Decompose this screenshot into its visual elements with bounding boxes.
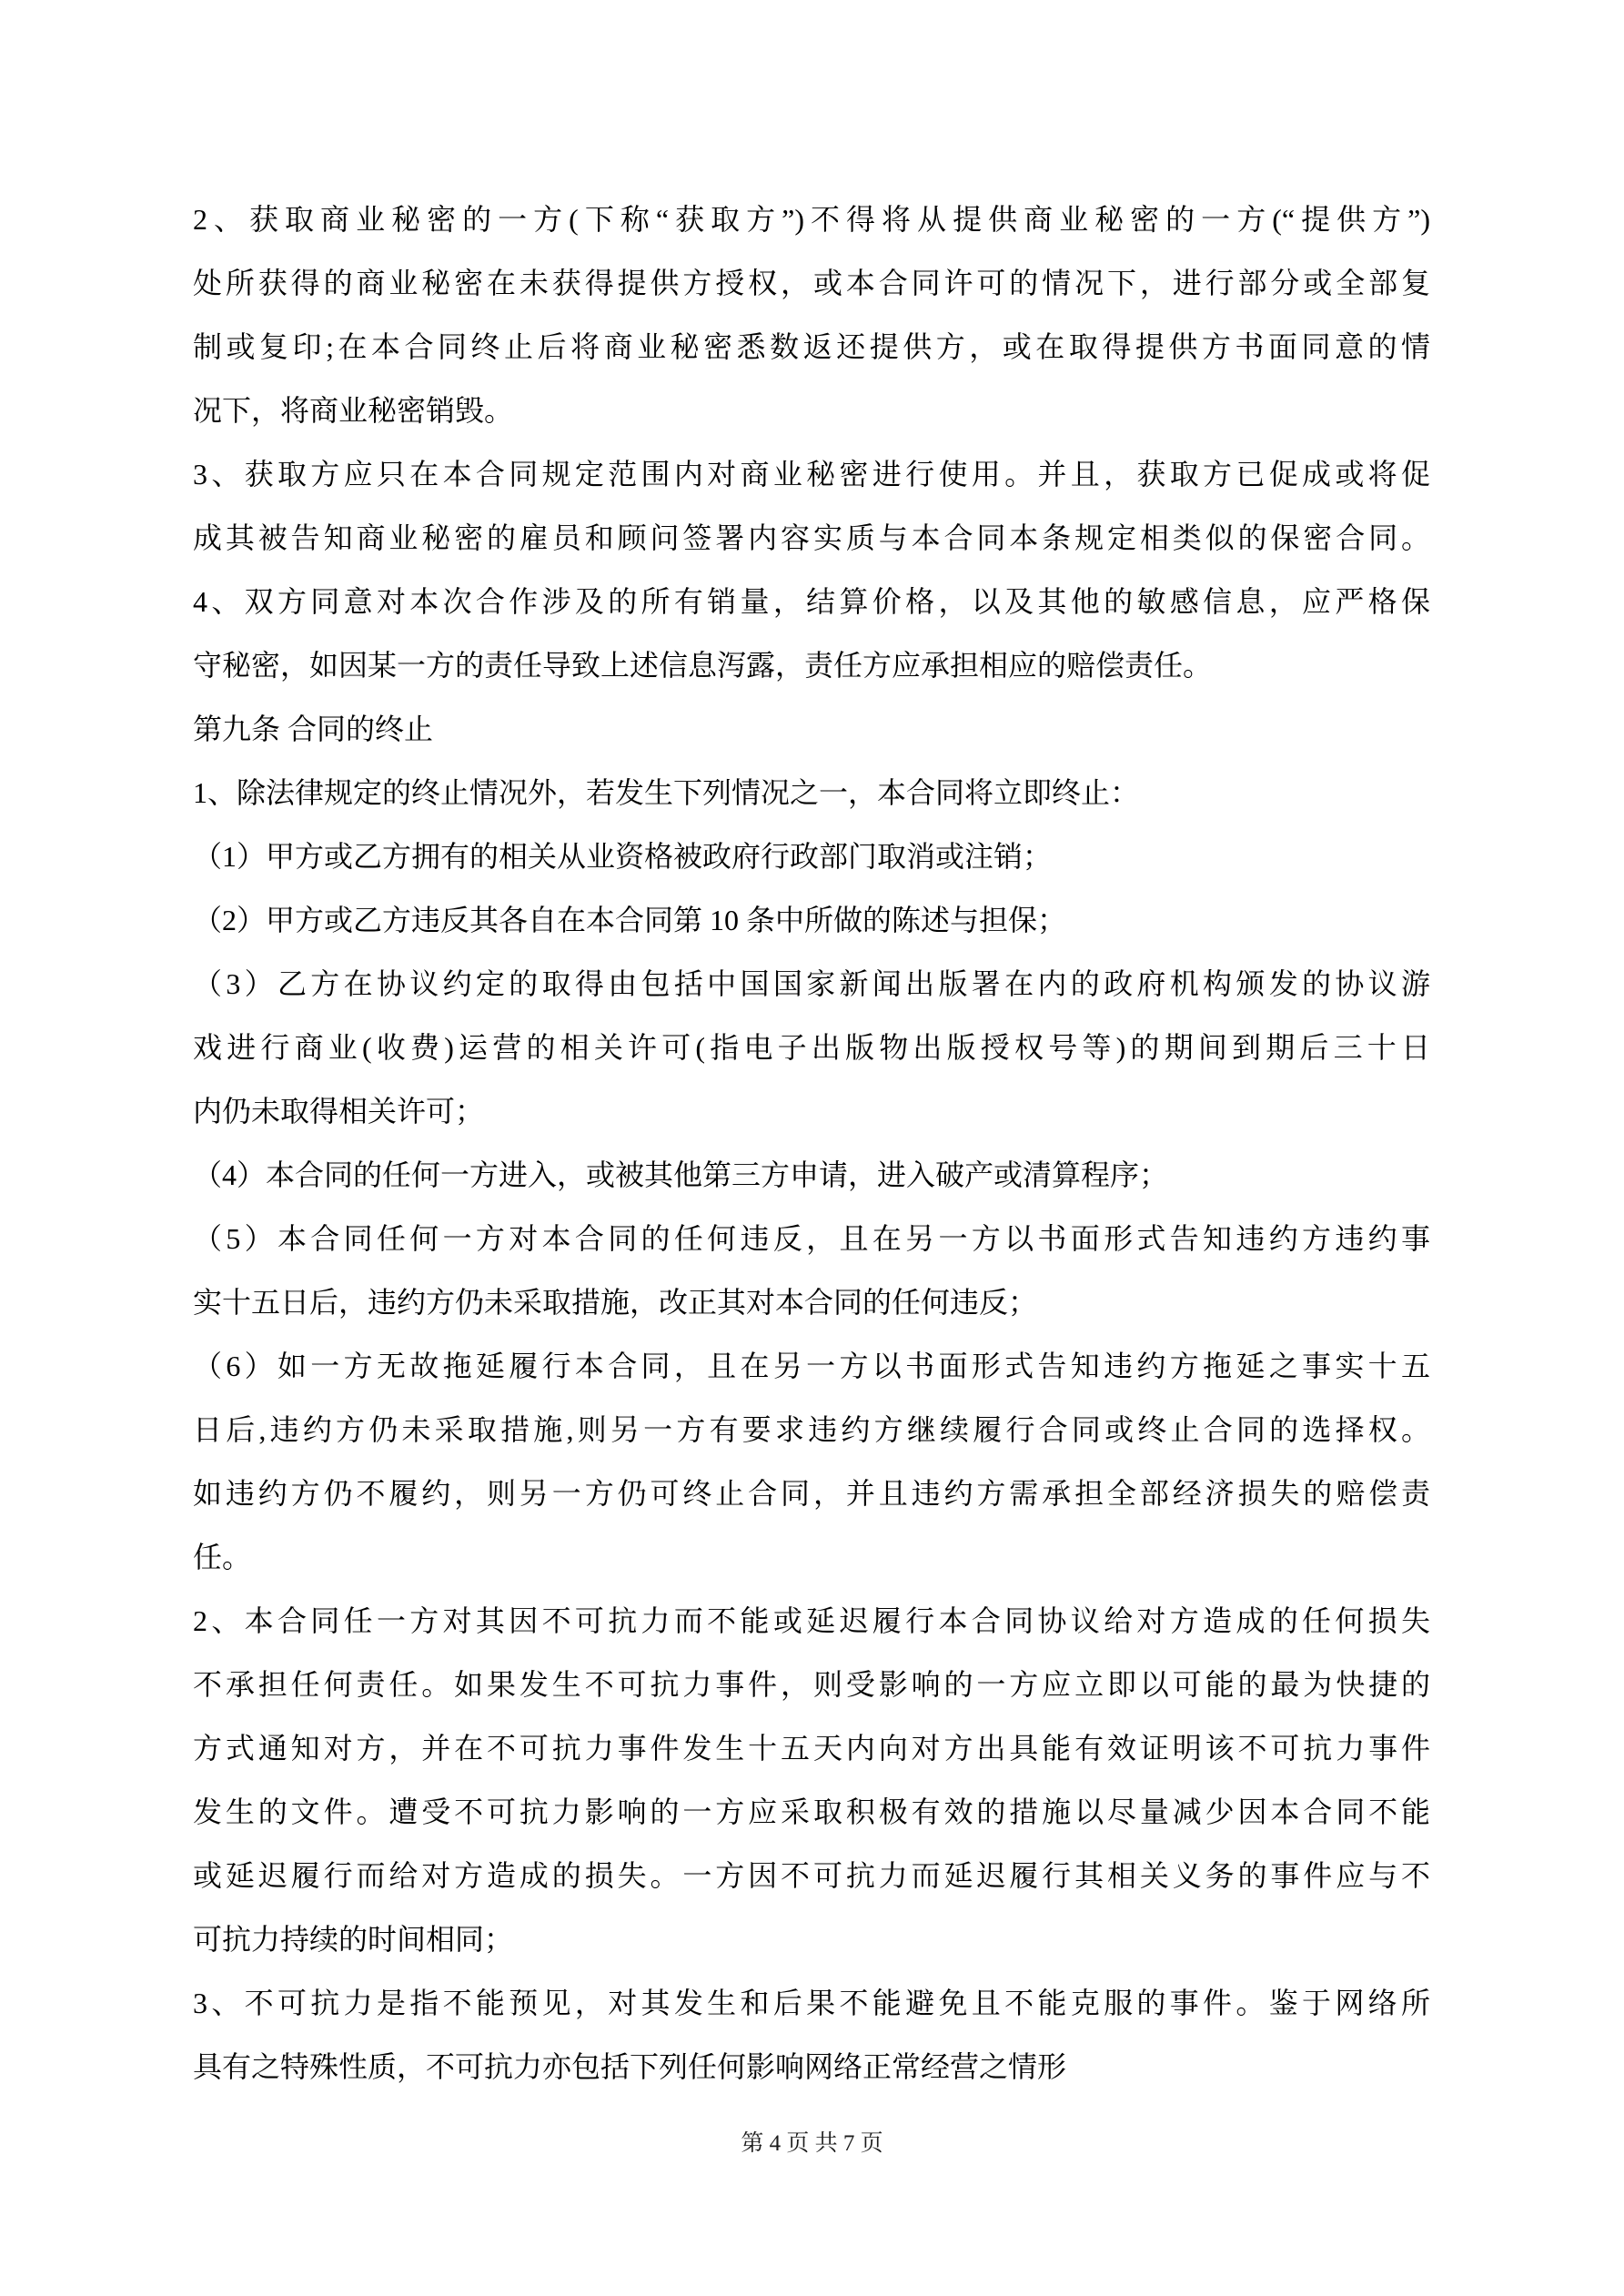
contract-line: （2）甲方或乙方违反其各自在本合同第 10 条中所做的陈述与担保； xyxy=(193,888,1430,952)
contract-line: 戏进行商业(收费)运营的相关许可(指电子出版物出版授权号等)的期间到期后三十日 xyxy=(193,1016,1430,1079)
contract-line: 可抗力持续的时间相同； xyxy=(193,1907,1430,1971)
contract-line: （5）本合同任何一方对本合同的任何违反，且在另一方以书面形式告知违约方违约事 xyxy=(193,1207,1430,1270)
contract-line: 2、获取商业秘密的一方(下称“获取方”)不得将从提供商业秘密的一方(“提供方”) xyxy=(193,187,1430,251)
contract-line: 日后,违约方仍未采取措施,则另一方有要求违约方继续履行合同或终止合同的选择权。 xyxy=(193,1398,1430,1462)
contract-line: （3）乙方在协议约定的取得由包括中国国家新闻出版署在内的政府机构颁发的协议游 xyxy=(193,952,1430,1016)
contract-line: 3、获取方应只在本合同规定范围内对商业秘密进行使用。并且，获取方已促成或将促 xyxy=(193,442,1430,506)
contract-line: 4、双方同意对本次合作涉及的所有销量，结算价格，以及其他的敏感信息，应严格保 xyxy=(193,570,1430,633)
contract-line: 1、除法律规定的终止情况外，若发生下列情况之一，本合同将立即终止： xyxy=(193,761,1430,824)
contract-line: 或延迟履行而给对方造成的损失。一方因不可抗力而延迟履行其相关义务的事件应与不 xyxy=(193,1844,1430,1907)
page-number-footer: 第 4 页 共 7 页 xyxy=(0,2129,1624,2159)
contract-line: 如违约方仍不履约，则另一方仍可终止合同，并且违约方需承担全部经济损失的赔偿责 xyxy=(193,1462,1430,1525)
contract-line: 方式通知对方，并在不可抗力事件发生十五天内向对方出具能有效证明该不可抗力事件 xyxy=(193,1716,1430,1780)
contract-line: 具有之特殊性质，不可抗力亦包括下列任何影响网络正常经营之情形 xyxy=(193,2035,1430,2099)
contract-line: 2、本合同任一方对其因不可抗力而不能或延迟履行本合同协议给对方造成的任何损失 xyxy=(193,1589,1430,1653)
contract-line: 发生的文件。遭受不可抗力影响的一方应采取积极有效的措施以尽量减少因本合同不能 xyxy=(193,1780,1430,1844)
contract-line: （1）甲方或乙方拥有的相关从业资格被政府行政部门取消或注销； xyxy=(193,824,1430,888)
contract-line: 处所获得的商业秘密在未获得提供方授权，或本合同许可的情况下，进行部分或全部复 xyxy=(193,251,1430,315)
contract-line: 3、不可抗力是指不能预见，对其发生和后果不能避免且不能克服的事件。鉴于网络所 xyxy=(193,1971,1430,2035)
contract-line: （4）本合同的任何一方进入，或被其他第三方申请，进入破产或清算程序； xyxy=(193,1143,1430,1207)
contract-line: 任。 xyxy=(193,1525,1430,1589)
contract-body: 2、获取商业秘密的一方(下称“获取方”)不得将从提供商业秘密的一方(“提供方”)… xyxy=(193,187,1430,2099)
contract-line: 实十五日后，违约方仍未采取措施，改正其对本合同的任何违反； xyxy=(193,1270,1430,1334)
contract-line: （6）如一方无故拖延履行本合同，且在另一方以书面形式告知违约方拖延之事实十五 xyxy=(193,1334,1430,1398)
section-heading: 第九条 合同的终止 xyxy=(193,697,1430,761)
contract-line: 内仍未取得相关许可； xyxy=(193,1079,1430,1143)
contract-line: 况下，将商业秘密销毁。 xyxy=(193,379,1430,442)
contract-line: 制或复印;在本合同终止后将商业秘密悉数返还提供方，或在取得提供方书面同意的情 xyxy=(193,315,1430,379)
contract-line: 成其被告知商业秘密的雇员和顾问签署内容实质与本合同本条规定相类似的保密合同。 xyxy=(193,506,1430,570)
contract-line: 守秘密，如因某一方的责任导致上述信息泻露，责任方应承担相应的赔偿责任。 xyxy=(193,633,1430,697)
contract-line: 不承担任何责任。如果发生不可抗力事件，则受影响的一方应立即以可能的最为快捷的 xyxy=(193,1653,1430,1716)
contract-page: 2、获取商业秘密的一方(下称“获取方”)不得将从提供商业秘密的一方(“提供方”)… xyxy=(0,0,1624,2296)
